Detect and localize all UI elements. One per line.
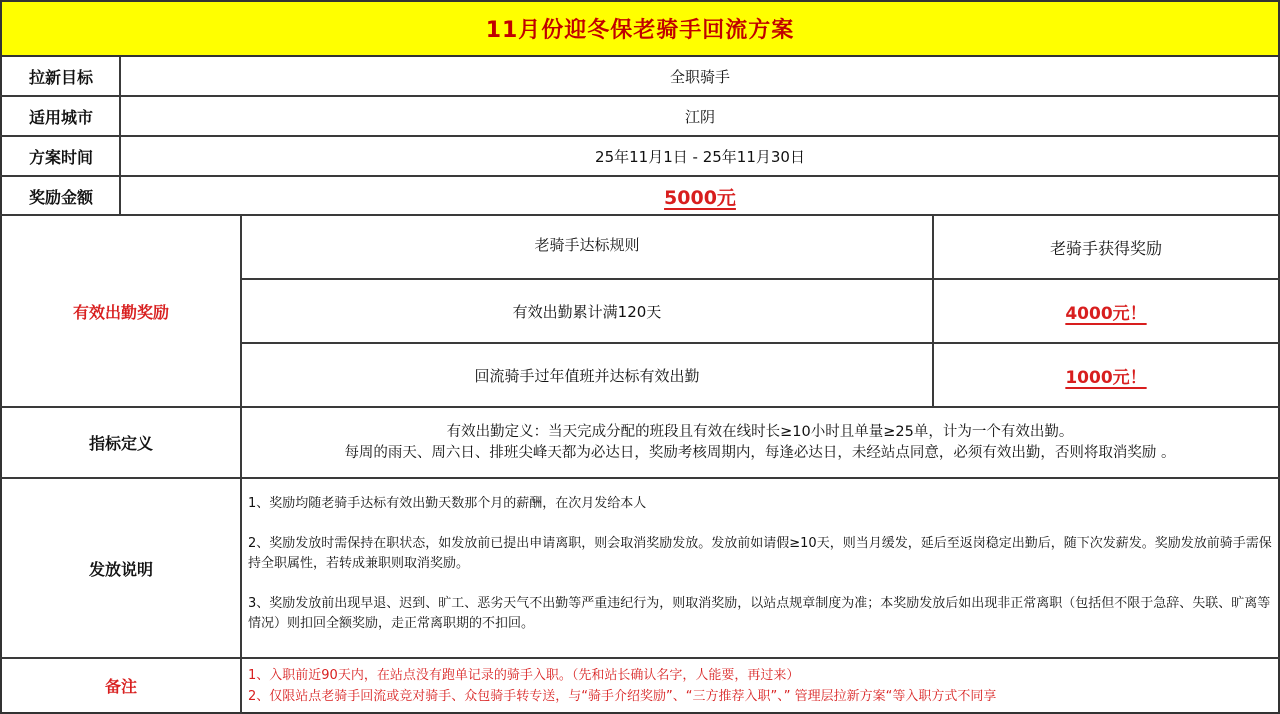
attendance-reward-label: 有效出勤奖励 xyxy=(2,216,240,406)
reward-amount-1000: 1000元！ xyxy=(1065,363,1146,388)
metric-definition-content: 有效出勤定义：当天完成分配的班段且有效在线时长≥10小时且单量≥25单，计为一个… xyxy=(242,408,1278,477)
divider xyxy=(0,175,1280,177)
reward-amount-4000: 4000元！ xyxy=(1065,299,1146,324)
payout-note-item: 3、奖励发放前出现早退、迟到、旷工、恶劣天气不出勤等严重违纪行为，则取消奖励，以… xyxy=(248,594,1274,634)
metric-definition-line: 每周的雨天、周六日、排班尖峰天都为必达日，奖励考核周期内，每逢必达日，未经站点同… xyxy=(344,443,1175,464)
info-label-city: 适用城市 xyxy=(2,97,120,136)
remark-item: 2、仅限站点老骑手回流或竞对骑手、众包骑手转专送，与“骑手介绍奖励”、“三方推荐… xyxy=(248,686,1274,707)
reward-row-2: 1000元！ xyxy=(934,344,1278,406)
metric-definition-line: 有效出勤定义：当天完成分配的班段且有效在线时长≥10小时且单量≥25单，计为一个… xyxy=(447,422,1074,443)
divider xyxy=(0,135,1280,137)
reward-amount: 5000元 xyxy=(664,183,736,210)
payout-notes-content: 1、奖励均随老骑手达标有效出勤天数那个月的薪酬，在次月发给本人 2、奖励发放时需… xyxy=(244,480,1278,656)
title-bar: 11月份迎冬保老骑手回流方案 xyxy=(0,0,1280,57)
remark-item: 1、入职前近90天内，在站点没有跑单记录的骑手入职。（先和站长确认名字，人能要，… xyxy=(248,665,1274,686)
rule-row-1: 有效出勤累计满120天 xyxy=(242,280,932,342)
remarks-content: 1、入职前近90天内，在站点没有跑单记录的骑手入职。（先和站长确认名字，人能要，… xyxy=(244,660,1278,714)
payout-notes-label: 发放说明 xyxy=(2,479,240,657)
rule-row-2: 回流骑手过年值班并达标有效出勤 xyxy=(242,344,932,406)
rule-header: 老骑手达标规则 xyxy=(242,216,932,278)
reward-header: 老骑手获得奖励 xyxy=(934,216,1278,278)
reward-row-1: 4000元！ xyxy=(934,280,1278,342)
info-label-amount: 奖励金额 xyxy=(2,177,120,215)
info-label-target: 拉新目标 xyxy=(2,57,120,96)
divider xyxy=(0,95,1280,97)
info-value-target: 全职骑手 xyxy=(122,57,1278,96)
page-title: 11月份迎冬保老骑手回流方案 xyxy=(486,13,795,44)
remarks-label: 备注 xyxy=(2,659,240,712)
info-label-period: 方案时间 xyxy=(2,137,120,176)
payout-note-item: 1、奖励均随老骑手达标有效出勤天数那个月的薪酬，在次月发给本人 xyxy=(248,494,1274,514)
info-value-period: 25年11月1日 - 25年11月30日 xyxy=(122,137,1278,176)
info-value-amount: 5000元 xyxy=(122,177,1278,215)
payout-note-item: 2、奖励发放时需保持在职状态，如发放前已提出申请离职，则会取消奖励发放。发放前如… xyxy=(248,534,1274,574)
info-value-city: 江阴 xyxy=(122,97,1278,136)
metric-definition-label: 指标定义 xyxy=(2,408,240,477)
divider xyxy=(119,57,121,215)
